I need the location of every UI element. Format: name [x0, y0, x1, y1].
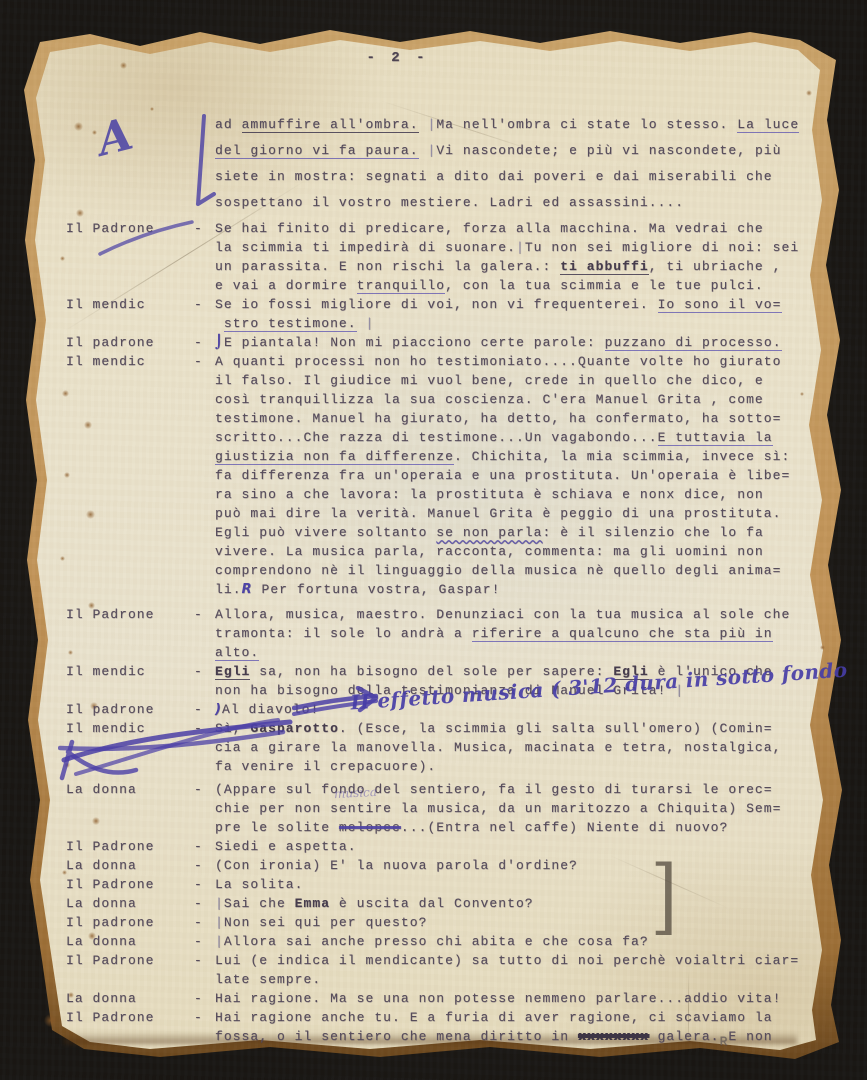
text-segment: galera.	[649, 1029, 720, 1044]
text-segment: scritto...Che razza di testimone...Un va…	[215, 430, 658, 445]
text-segment: Sì,	[215, 721, 250, 736]
speaker-label: Il mendic	[66, 719, 194, 776]
text-segment: melopee	[339, 820, 401, 835]
speaker-label: Il padrone	[66, 913, 194, 932]
dialogue-entry: Il padrone-)Al diavolo!	[66, 700, 818, 719]
pencil-mark: |	[675, 683, 684, 698]
text-segment: tramonta: il sole lo andrà a	[215, 626, 472, 641]
speaker-label: Il Padrone	[66, 875, 194, 894]
pencil-mark: |	[366, 316, 375, 331]
pencil-mark: |	[427, 117, 436, 132]
text-segment: testimone. Manuel ha giurato, ha detto, …	[215, 411, 781, 426]
speaker-dash: -	[194, 780, 215, 837]
speaker-dash: -	[194, 913, 215, 932]
dialogue-text: )Al diavolo!	[215, 700, 818, 719]
speaker-dash: -	[194, 662, 215, 700]
dialogue-text: Lui (e indica il mendicante) sa tutto di…	[215, 951, 818, 989]
text-segment: Emma	[295, 896, 330, 911]
text-segment: : è il silenzio che lo fa	[543, 525, 764, 540]
text-segment: La luce	[737, 117, 799, 133]
text-segment: E piantala! Non mi piacciono certe parol…	[224, 335, 605, 350]
text-segment: Al diavolo!	[222, 702, 319, 717]
dialogue-text: Siedi e aspetta.	[215, 837, 818, 856]
text-segment: pre le solite	[215, 820, 339, 835]
text-segment: e vai a dormire	[215, 278, 357, 293]
dialogue-text: ad ammuffire all'ombra. |Ma nell'ombra c…	[215, 112, 818, 216]
pencil-mark: |	[215, 915, 224, 930]
dialogue-text: Se io fossi migliore di voi, non vi freq…	[215, 295, 818, 333]
text-segment: puzzano di processo.	[605, 335, 782, 351]
speaker-dash: -	[194, 605, 215, 662]
text-segment: ra sino a che lavora: la prostituta è sc…	[215, 487, 764, 502]
text-segment: Tu non sei migliore di noi: sei	[525, 240, 799, 255]
text-segment: del giorno vi fa paura.	[215, 143, 419, 159]
text-segment: fa venire il crepacuore).	[215, 759, 436, 774]
text-segment: Allora, musica, maestro. Denunziaci con …	[215, 607, 790, 622]
text-segment: xxxxxxxx	[578, 1029, 649, 1044]
text-segment: giustizia non fa differenze	[215, 449, 454, 465]
text-segment: vivere. La musica parla, racconta, comme…	[215, 544, 764, 559]
speaker-label: Il Padrone	[66, 605, 194, 662]
speaker-label	[66, 112, 194, 216]
dialogue-text: Egli sa, non ha bisogno del sole per sap…	[215, 662, 818, 700]
text-segment: Per fortuna vostra, Gaspar!	[253, 582, 501, 597]
text-segment: sospettano il vostro mestiere. Ladri ed …	[215, 195, 684, 210]
dialogue-text: Allora, musica, maestro. Denunziaci con …	[215, 605, 818, 662]
text-segment: sa, non ha bisogno del sole per sapere:	[250, 664, 613, 679]
dialogue-text: (Con ironia) E' la nuova parola d'ordine…	[215, 856, 818, 875]
speaker-dash: -	[194, 875, 215, 894]
speaker-dash: -	[194, 700, 215, 719]
speaker-dash: -	[194, 333, 215, 352]
text-segment: non ha bisogno della testimonianza di Ma…	[215, 683, 666, 698]
text-segment: Egli può vivere soltanto	[215, 525, 436, 540]
pencil-mark: |	[427, 143, 436, 158]
dialogue-entry: Il Padrone-Lui (e indica il mendicante) …	[66, 951, 818, 989]
text-segment: Lui (e indica il mendicante) sa tutto di…	[215, 953, 799, 968]
speaker-dash: -	[194, 951, 215, 989]
text-segment: Hai ragione. Ma se una non potesse nemme…	[215, 991, 781, 1006]
speaker-dash: -	[194, 1008, 215, 1046]
text-segment: E non	[728, 1029, 772, 1044]
speaker-dash: -	[194, 719, 215, 776]
speaker-dash: -	[194, 856, 215, 875]
text-segment: . (Esce, la scimmia gli salta sull'omero…	[339, 721, 773, 736]
text-segment: cia a girare la manovella. Musica, macin…	[215, 740, 781, 755]
text-segment: la scimmia ti impedirà di suonare.	[215, 240, 516, 255]
speaker-label: Il Padrone	[66, 837, 194, 856]
dialogue-entry: Il mendic-Egli sa, non ha bisogno del so…	[66, 662, 818, 700]
dialogue-text: ⌡E piantala! Non mi piacciono certe paro…	[215, 333, 818, 352]
text-segment: (Con ironia) E' la nuova parola d'ordine…	[215, 858, 578, 873]
text-segment: Ma nell'ombra ci state lo stesso.	[436, 117, 737, 132]
dialogue-entry: La donna-|Allora sai anche presso chi ab…	[66, 932, 818, 951]
text-segment: Io sono il vo=	[658, 297, 782, 313]
dialogue-entry: Il padrone-|Non sei qui per questo?	[66, 913, 818, 932]
text-segment: late sempre.	[215, 972, 321, 987]
text-segment: . Chichita, la mia scimmia, invece sì:	[454, 449, 790, 464]
dialogue-entry: Il Padrone-La solita.	[66, 875, 818, 894]
speaker-dash: -	[194, 989, 215, 1008]
text-segment	[215, 316, 224, 331]
text-segment: il falso. Il giudice mi vuol bene, crede…	[215, 373, 764, 388]
speaker-dash: -	[194, 837, 215, 856]
text-segment: può mai dire la verità. Manuel Grita è p…	[215, 506, 781, 521]
speaker-label: Il mendic	[66, 662, 194, 700]
dialogue-entry: Il mendic-Sì, Gasparotto. (Esce, la scim…	[66, 719, 818, 776]
handwritten-mark: R	[242, 582, 253, 597]
dialogue-entry: La donna-Hai ragione. Ma se una non pote…	[66, 989, 818, 1008]
dialogue-entry: Il Padrone-Hai ragione anche tu. E a fur…	[66, 1008, 818, 1046]
text-segment: comprendono nè il linguaggio della music…	[215, 563, 781, 578]
text-segment: li.	[215, 582, 242, 597]
text-segment: siete in mostra: segnati a dito dai pove…	[215, 169, 773, 184]
text-segment: ti abbuffi	[560, 259, 649, 275]
text-segment: Egli	[215, 664, 250, 680]
text-segment: è l'unico che	[649, 664, 773, 679]
dialogue-entry: Il mendic-Se io fossi migliore di voi, n…	[66, 295, 818, 333]
text-segment: un parassita. E non rischi la galera.:	[215, 259, 560, 274]
speaker-label: La donna	[66, 780, 194, 837]
text-segment: tranquillo	[357, 278, 446, 294]
speaker-label: Il padrone	[66, 700, 194, 719]
dialogue-text: La solita.	[215, 875, 818, 894]
text-segment: E tuttavia la	[658, 430, 773, 446]
dialogue-text: |Non sei qui per questo?	[215, 913, 818, 932]
dialogue-text: Se hai finito di predicare, forza alla m…	[215, 219, 818, 295]
dialogue-text: Hai ragione anche tu. E a furia di aver …	[215, 1008, 818, 1046]
speaker-label: Il Padrone	[66, 219, 194, 295]
text-segment: è uscita dal Convento?	[330, 896, 534, 911]
text-segment: stro testimone.	[224, 316, 357, 332]
handwritten-mark: )	[215, 702, 222, 717]
text-segment: ammuffire all'ombra.	[242, 117, 419, 133]
speaker-dash: -	[194, 932, 215, 951]
scan-background: - 2 - ad ammuffire all'ombra. |Ma nell'o…	[0, 0, 867, 1080]
pencil-mark: |	[215, 896, 224, 911]
text-segment: Hai ragione anche tu. E a furia di aver …	[215, 1010, 773, 1025]
speaker-dash: -	[194, 352, 215, 599]
text-segment: , ti ubriache ,	[649, 259, 782, 274]
speaker-label: Il Padrone	[66, 1008, 194, 1046]
speaker-label: Il Padrone	[66, 951, 194, 989]
dialogue-entry: La donna-(Con ironia) E' la nuova parola…	[66, 856, 818, 875]
speaker-label: Il mendic	[66, 352, 194, 599]
dialogue-entry: ad ammuffire all'ombra. |Ma nell'ombra c…	[66, 112, 818, 216]
dialogue-entry: Il padrone-⌡E piantala! Non mi piacciono…	[66, 333, 818, 352]
speaker-label: La donna	[66, 932, 194, 951]
text-segment: Sai che	[224, 896, 295, 911]
speaker-dash: -	[194, 219, 215, 295]
dialogue-entry: La donna-(Appare sul fondo del sentiero,…	[66, 780, 818, 837]
text-segment: Gasparotto	[250, 721, 339, 736]
text-segment: Se io fossi migliore di voi, non vi freq…	[215, 297, 658, 312]
text-segment	[357, 316, 366, 331]
text-segment: se non parla	[436, 525, 542, 540]
dialogue-entry: Il mendic-A quanti processi non ho testi…	[66, 352, 818, 599]
dialogue-text: (Appare sul fondo del sentiero, fa il ge…	[215, 780, 818, 837]
dialogue-entry: Il Padrone-Se hai finito di predicare, f…	[66, 219, 818, 295]
text-segment: riferire a qualcuno che sta più in	[472, 626, 773, 642]
text-segment: La solita.	[215, 877, 304, 892]
text-segment: alto.	[215, 645, 259, 661]
speaker-label: Il padrone	[66, 333, 194, 352]
text-segment	[666, 683, 675, 698]
text-segment: Se hai finito di predicare, forza alla m…	[215, 221, 764, 236]
text-segment: A quanti processi non ho testimoniato...…	[215, 354, 781, 369]
text-segment: ad	[215, 117, 242, 132]
dialogue-text: |Sai che Emma è uscita dal Convento?	[215, 894, 818, 913]
speaker-label: La donna	[66, 894, 194, 913]
speaker-label: La donna	[66, 856, 194, 875]
dialogue-text: Hai ragione. Ma se una non potesse nemme…	[215, 989, 818, 1008]
pencil-mark: |	[516, 240, 525, 255]
text-segment: fossa, o il sentiero che mena diritto in	[215, 1029, 578, 1044]
text-segment: così tranquillizza la sua coscienza. C'e…	[215, 392, 764, 407]
text-segment: Allora sai anche presso chi abita e che …	[224, 934, 649, 949]
dialogue-entry: Il Padrone-Allora, musica, maestro. Denu…	[66, 605, 818, 662]
dialogue-entry: La donna-|Sai che Emma è uscita dal Conv…	[66, 894, 818, 913]
text-segment: , con la tua scimmia e le tue pulci.	[445, 278, 764, 293]
text-segment: ...(Entra nel caffe) Niente di nuovo?	[401, 820, 729, 835]
text-segment: Egli	[613, 664, 648, 680]
speaker-dash: -	[194, 295, 215, 333]
text-segment: Siedi e aspetta.	[215, 839, 357, 854]
handwritten-mark: ⌡	[215, 335, 224, 350]
dialogue-entry: Il Padrone-Siedi e aspetta.	[66, 837, 818, 856]
text-segment: fa differenza fra un'operaia e una prost…	[215, 468, 790, 483]
speaker-label: Il mendic	[66, 295, 194, 333]
page-number: - 2 -	[0, 50, 831, 66]
text-segment: Non sei qui per questo?	[224, 915, 428, 930]
handwritten-mark: R	[720, 1032, 729, 1051]
speaker-label: La donna	[66, 989, 194, 1008]
dialogue-text: Sì, Gasparotto. (Esce, la scimmia gli sa…	[215, 719, 818, 776]
dialogue-text: |Allora sai anche presso chi abita e che…	[215, 932, 818, 951]
speaker-dash	[194, 112, 215, 216]
text-segment: chie per non sentire la musica, da un ma…	[215, 801, 781, 816]
text-segment: (Appare sul fondo del sentiero, fa il ge…	[215, 782, 773, 797]
text-segment: Vi nascondete; e più vi nascondete, più	[436, 143, 781, 158]
speaker-dash: -	[194, 894, 215, 913]
script-text-block: ad ammuffire all'ombra. |Ma nell'ombra c…	[66, 112, 818, 1046]
pencil-mark: |	[215, 934, 224, 949]
dialogue-text: A quanti processi non ho testimoniato...…	[215, 352, 818, 599]
